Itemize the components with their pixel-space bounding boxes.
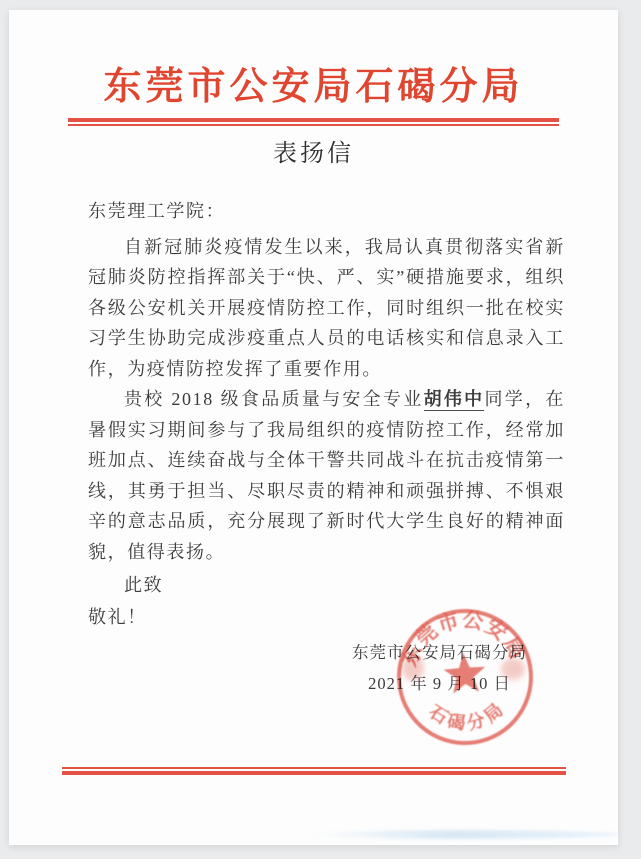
rule-thin-line xyxy=(62,767,566,769)
header-double-rule xyxy=(68,118,559,126)
letter-body: 东莞理工学院： 自新冠肺炎疫情发生以来，我局认真贯彻落实省新冠肺炎防控指挥部关于… xyxy=(9,196,618,632)
paragraph-2: 贵校 2018 级食品质量与安全专业胡伟中同学，在暑假实习期间参与了我局组织的疫… xyxy=(88,384,565,567)
paragraph-1: 自新冠肺炎疫情发生以来，我局认真贯彻落实省新冠肺炎防控指挥部关于“快、严、实”硬… xyxy=(88,232,565,385)
closing-jingli: 敬礼！ xyxy=(88,602,565,633)
paragraph-2-rest: 同学，在暑假实习期间参与了我局组织的疫情防控工作，经常加班加点、连续奋战与全体干… xyxy=(88,389,565,562)
signature-block: 东莞市公安局石碣分局 2021 年 9 月 10 日 xyxy=(352,642,527,695)
signature-date: 2021 年 9 月 10 日 xyxy=(352,673,527,695)
footer-double-rule xyxy=(62,767,566,775)
document-title: 表扬信 xyxy=(9,139,618,169)
scan-artifact-smudge xyxy=(309,830,618,839)
seal-bottom-text: 石碣分局 xyxy=(424,696,511,737)
rule-thin-line xyxy=(68,124,559,126)
rule-thick-line xyxy=(68,118,559,122)
signature-org: 东莞市公安局石碣分局 xyxy=(352,642,527,664)
letter-page: 东莞市公安局石碣分局 表扬信 东莞理工学院： 自新冠肺炎疫情发生以来，我局认真贯… xyxy=(9,10,618,845)
rule-thick-line xyxy=(62,771,566,775)
salutation: 东莞理工学院： xyxy=(88,196,565,227)
agency-title: 东莞市公安局石碣分局 xyxy=(9,66,618,108)
student-name: 胡伟中 xyxy=(424,389,485,411)
paragraph-2-lead: 贵校 2018 级食品质量与安全专业 xyxy=(124,389,424,409)
closing-cizhi: 此致 xyxy=(88,570,565,601)
